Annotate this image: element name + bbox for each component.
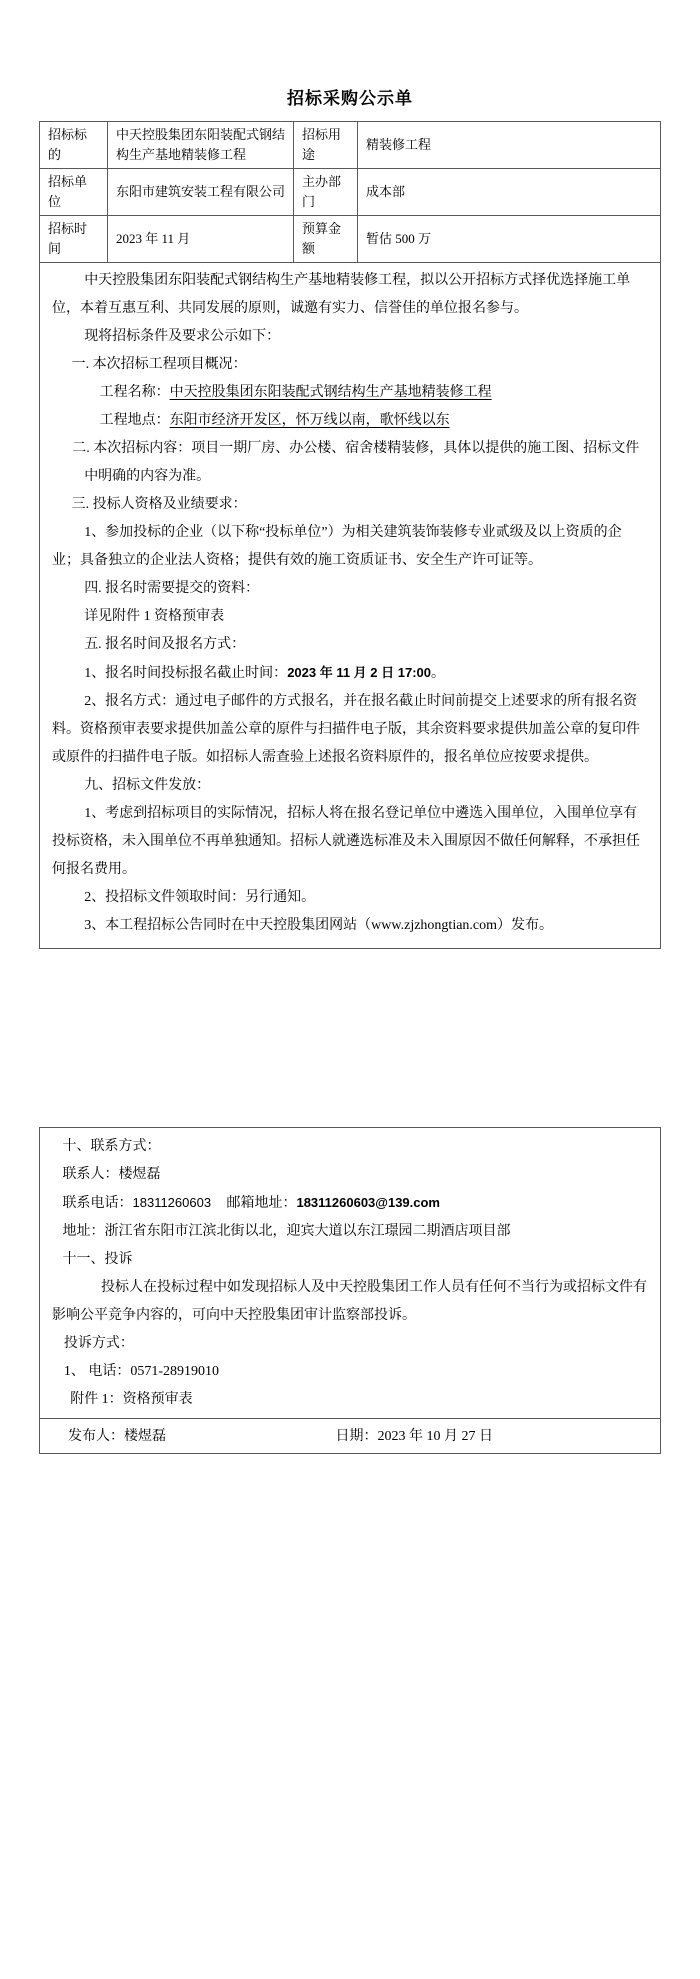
info-value-cell: 东阳市建筑安装工程有限公司 — [108, 169, 294, 216]
para-contact-address: 地址：浙江省东阳市江滨北街以北，迎宾大道以东江璟园二期酒店项目部 — [52, 1218, 648, 1246]
contact-box: 十、联系方式： 联系人：楼煜磊 联系电话：18311260603邮箱地址：183… — [39, 1127, 661, 1454]
contact-phone-label: 联系电话： — [63, 1196, 133, 1211]
para-project-name: 工程名称：中天控股集团东阳装配式钢结构生产基地精装修工程 — [52, 379, 648, 407]
para-section9-item2: 2、投招标文件领取时间：另行通知。 — [52, 884, 648, 912]
para-section4-heading: 四. 报名时需要提交的资料： — [52, 575, 648, 603]
contact-email-value: 18311260603@139.com — [296, 1195, 440, 1210]
para-attachment: 附件 1：资格预审表 — [52, 1386, 648, 1414]
para-section11-heading: 十一、投诉 — [52, 1246, 648, 1274]
info-value-cell: 精装修工程 — [358, 122, 661, 169]
para-section2: 二. 本次招标内容：项目一期厂房、办公楼、宿舍楼精装修，具体以提供的施工图、招标… — [52, 435, 648, 491]
para-intro: 中天控股集团东阳装配式钢结构生产基地精装修工程，拟以公开招标方式择优选择施工单位… — [52, 267, 648, 323]
page-title: 招标采购公示单 — [0, 0, 700, 112]
info-value-cell: 成本部 — [358, 169, 661, 216]
para-contact-phone-email: 联系电话：18311260603邮箱地址：18311260603@139.com — [52, 1189, 648, 1218]
info-table: 招标标的 中天控股集团东阳装配式钢结构生产基地精装修工程 招标用途 精装修工程 … — [39, 121, 661, 949]
para-signup-method: 2、报名方式：通过电子邮件的方式报名，并在报名截止时间前提交上述要求的所有报名资… — [52, 688, 648, 772]
info-row-time: 招标时间 2023 年 11 月 预算金额 暂估 500 万 — [40, 216, 661, 263]
project-site-label: 工程地点： — [100, 413, 170, 428]
para-section9-heading: 九、招标文件发放： — [52, 772, 648, 800]
project-site-value: 东阳市经济开发区，怀万线以南，歌怀线以东 — [170, 413, 450, 428]
info-label-cell: 主办部门 — [294, 169, 358, 216]
deadline-value: 2023 年 11 月 2 日 17:00 — [287, 665, 431, 680]
para-section9-item1: 1、考虑到招标项目的实际情况，招标人将在报名登记单位中遴选入围单位，入围单位享有… — [52, 800, 648, 884]
para-section10-heading: 十、联系方式： — [52, 1133, 648, 1161]
info-row-unit: 招标单位 东阳市建筑安装工程有限公司 主办部门 成本部 — [40, 169, 661, 216]
para-complaint-method-heading: 投诉方式： — [52, 1330, 648, 1358]
notice-document: 招标采购公示单 招标标的 中天控股集团东阳装配式钢结构生产基地精装修工程 招标用… — [0, 0, 700, 1979]
info-label-cell: 招标用途 — [294, 122, 358, 169]
para-section4-item: 详见附件 1 资格预审表 — [52, 603, 648, 631]
para-complaint-body: 投标人在投标过程中如发现招标人及中天控股集团工作人员有任何不当行为或招标文件有影… — [52, 1274, 648, 1330]
deadline-label: 1、报名时间投标报名截止时间： — [84, 666, 287, 681]
info-label-cell: 招标时间 — [40, 216, 108, 263]
info-value-cell: 2023 年 11 月 — [108, 216, 294, 263]
para-signup-deadline: 1、报名时间投标报名截止时间：2023 年 11 月 2 日 17:00。 — [52, 659, 648, 688]
info-value-cell: 暂估 500 万 — [358, 216, 661, 263]
info-label-cell: 预算金额 — [294, 216, 358, 263]
info-row-subject: 招标标的 中天控股集团东阳装配式钢结构生产基地精装修工程 招标用途 精装修工程 — [40, 122, 661, 169]
info-value-cell: 中天控股集团东阳装配式钢结构生产基地精装修工程 — [108, 122, 294, 169]
para-section9-item3: 3、本工程招标公告同时在中天控股集团网站（www.zjzhongtian.com… — [52, 912, 648, 940]
footer-date: 日期：2023 年 10 月 27 日 — [336, 1429, 494, 1444]
para-contact-person: 联系人：楼煜磊 — [52, 1161, 648, 1189]
para-section3-heading: 三. 投标人资格及业绩要求： — [52, 491, 648, 519]
info-label-cell: 招标标的 — [40, 122, 108, 169]
para-intro-2: 现将招标条件及要求公示如下： — [52, 323, 648, 351]
deadline-period: 。 — [431, 666, 445, 681]
project-name-value: 中天控股集团东阳装配式钢结构生产基地精装修工程 — [170, 385, 492, 400]
contact-email-label: 邮箱地址： — [226, 1196, 296, 1211]
footer-publisher: 发布人：楼煜磊 — [68, 1419, 332, 1454]
project-name-label: 工程名称： — [100, 385, 170, 400]
para-complaint-phone: 1、 电话：0571-28919010 — [52, 1358, 648, 1386]
para-section5-heading: 五. 报名时间及报名方式： — [52, 631, 648, 659]
info-label-cell: 招标单位 — [40, 169, 108, 216]
publish-footer: 发布人：楼煜磊 日期：2023 年 10 月 27 日 — [40, 1418, 660, 1453]
contact-box-content: 十、联系方式： 联系人：楼煜磊 联系电话：18311260603邮箱地址：183… — [40, 1128, 660, 1418]
para-section3-item1: 1、参加投标的企业（以下称“投标单位”）为相关建筑装饰装修专业贰级及以上资质的企… — [52, 519, 648, 575]
contact-phone-value: 18311260603 — [133, 1195, 212, 1210]
notice-body-cell: 中天控股集团东阳装配式钢结构生产基地精装修工程，拟以公开招标方式择优选择施工单位… — [40, 263, 661, 949]
notice-body-row: 中天控股集团东阳装配式钢结构生产基地精装修工程，拟以公开招标方式择优选择施工单位… — [40, 263, 661, 949]
para-section1-heading: 一. 本次招标工程项目概况： — [52, 351, 648, 379]
para-project-site: 工程地点：东阳市经济开发区，怀万线以南，歌怀线以东 — [52, 407, 648, 435]
